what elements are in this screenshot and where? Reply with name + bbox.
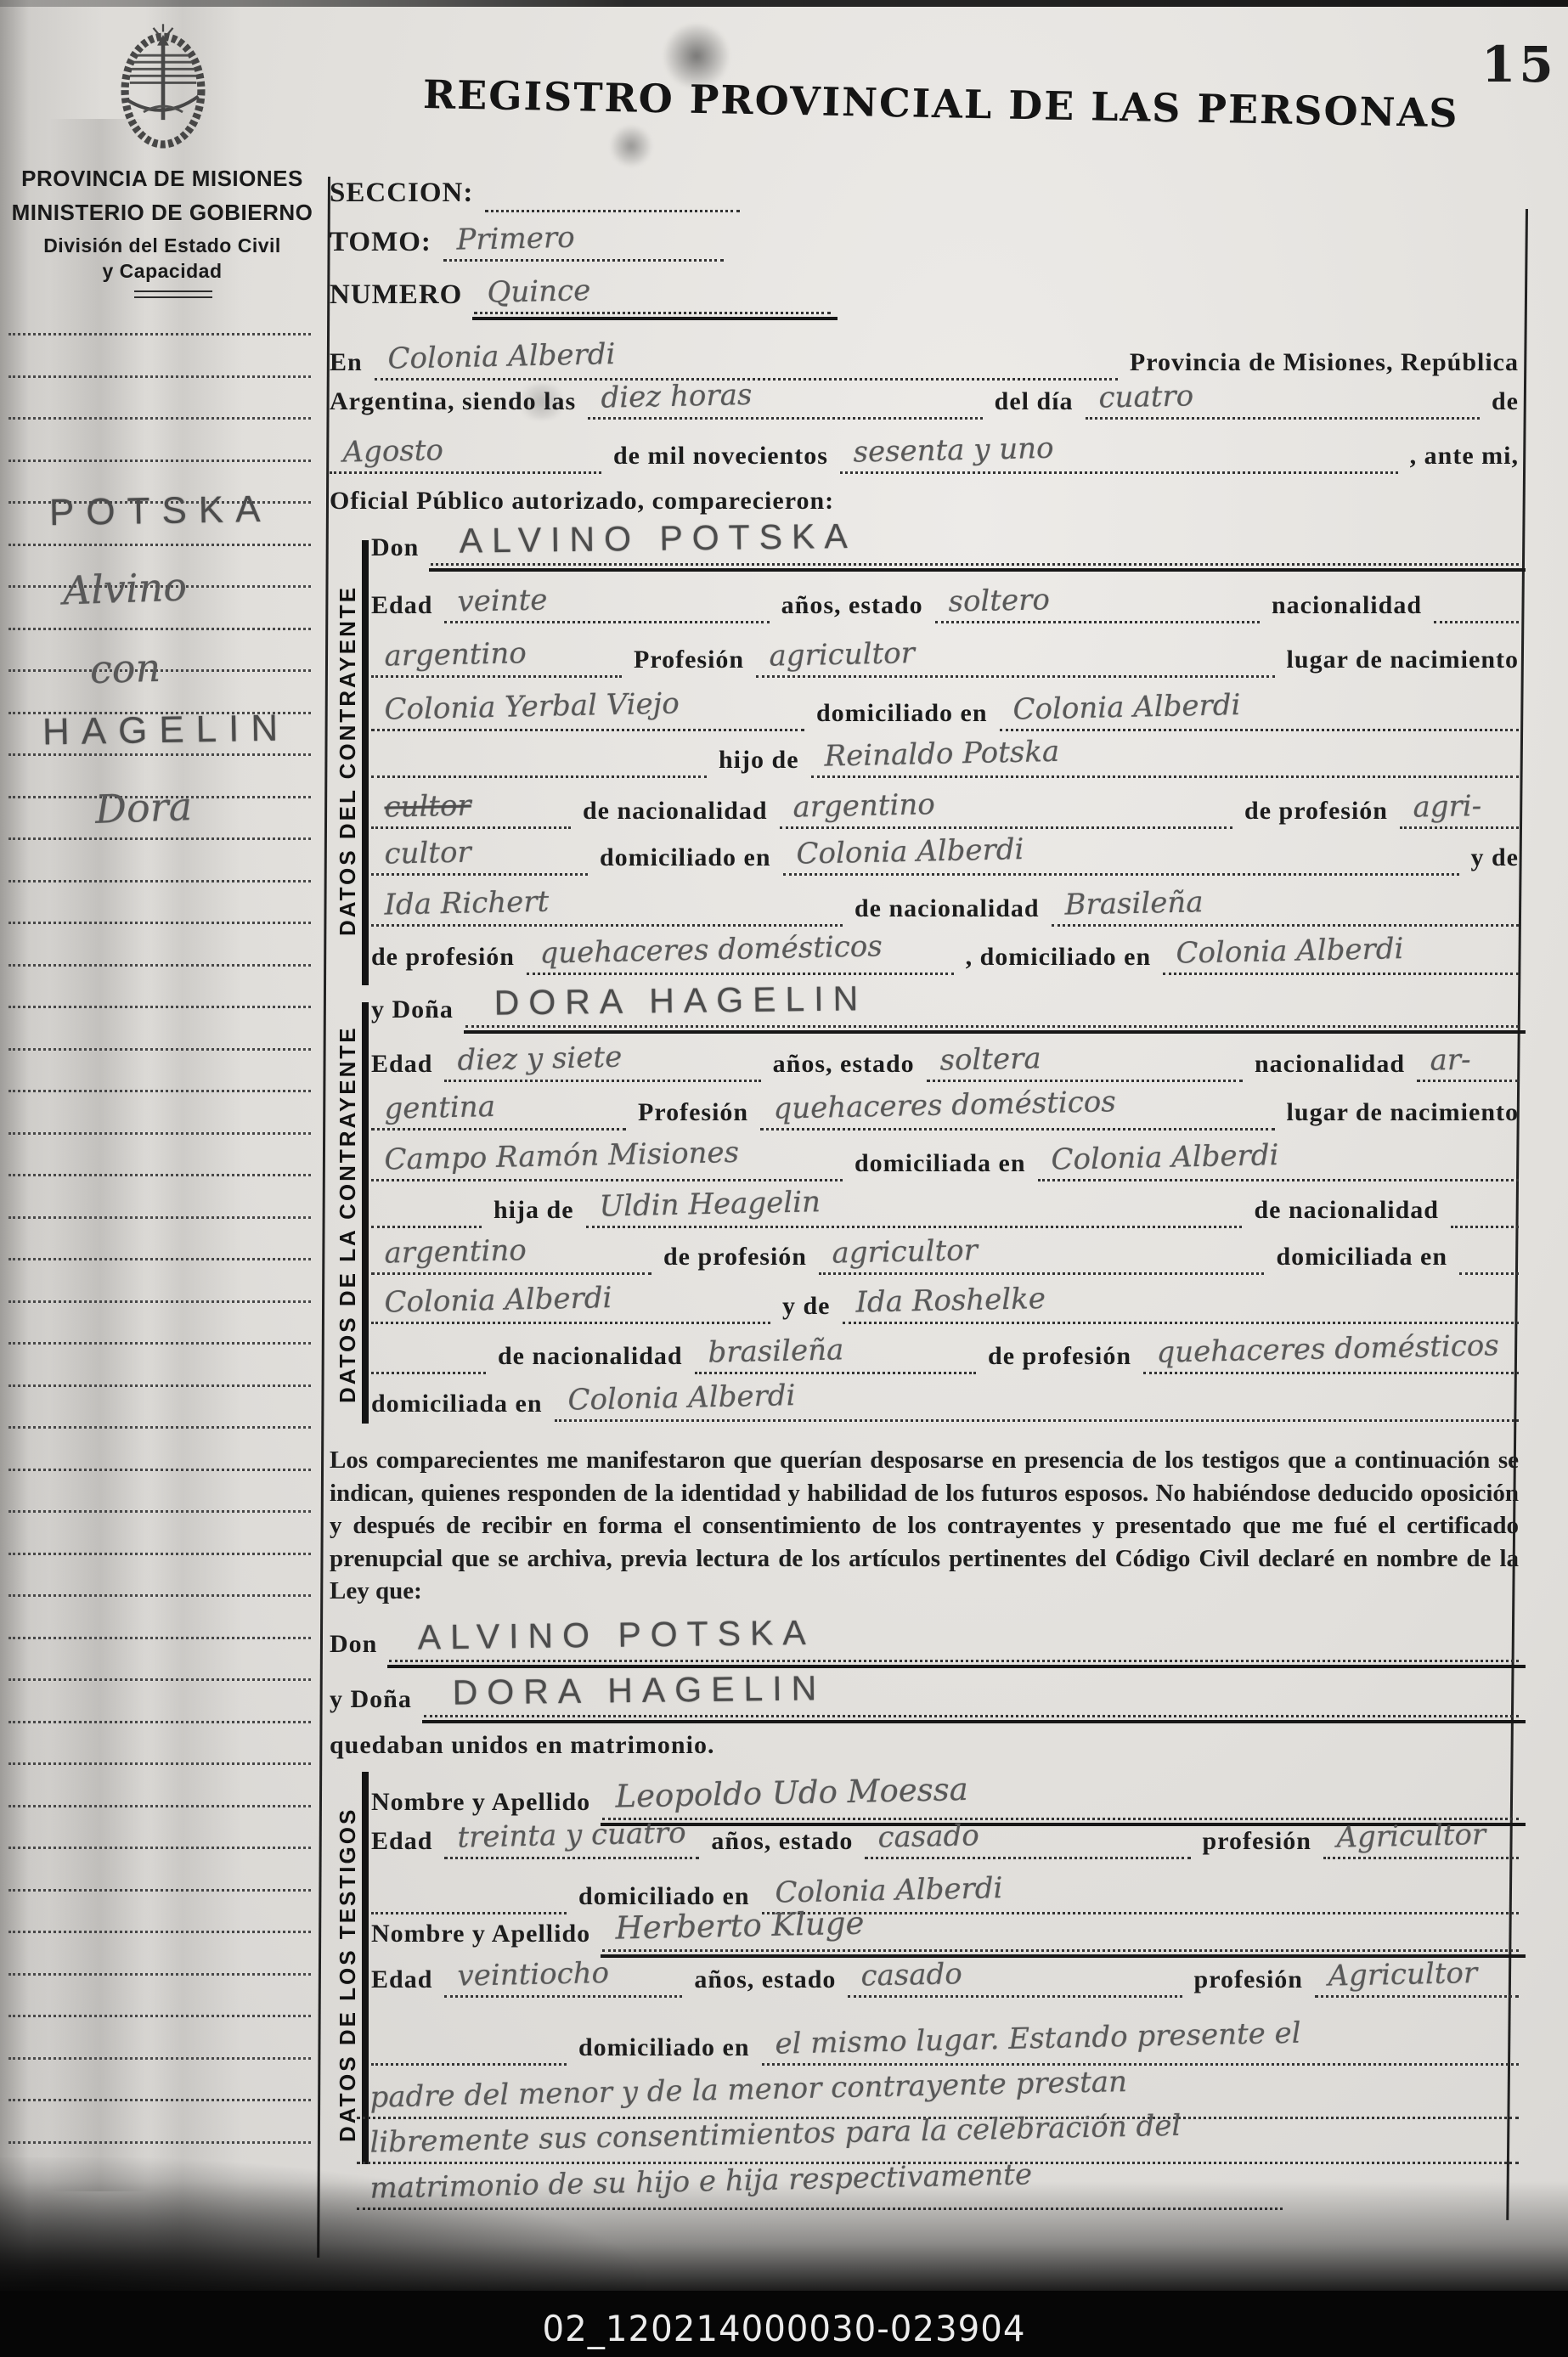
y-dona-label: y Doña [371,997,454,1028]
domiciliado-label: domiciliado en [816,701,988,731]
profesion-label: profesión [1194,1967,1303,1998]
mother-domicilio-field: Colonia Alberdi [1163,939,1519,975]
witness2-profesion-field: Agricultor [1315,1961,1519,1998]
day-field: cuatro [1086,383,1480,420]
groom-domicilio-value: Colonia Alberdi [999,689,1249,729]
y-de-label: y de [782,1294,831,1324]
declaration-bride-field: DORA HAGELIN [424,1676,1519,1717]
father-profesion-field-2: cultor [371,839,588,876]
witness2-name-field: Herberto Kluge [602,1912,1519,1952]
form-line-groom-age: Edad veinte años, estado soltero naciona… [371,584,1519,623]
page-number: 15 [1481,36,1557,93]
bride-lugar-value: Campo Ramón Misiones [370,1136,747,1179]
bride-edad-value: diez y siete [444,1041,632,1080]
domiciliado-label: domiciliado en [578,2035,750,2066]
provincia-text: Provincia de Misiones, República [1130,350,1519,381]
form-left-rule [317,177,330,2258]
form-line-witness2-age: Edad veintiocho años, estado casado prof… [371,1959,1519,1998]
place-value: Colonia Alberdi [374,338,624,378]
margin-ruled-line [8,417,311,420]
declaration-bride-value: DORA HAGELIN [423,1671,834,1715]
groom-father-value: Reinaldo Potska [810,736,1068,775]
de-nacionalidad-label: de nacionalidad [855,896,1040,927]
y-dona-label: y Doña [330,1687,412,1717]
witness1-estado-field: casado [865,1823,1190,1859]
margin-ruled-line [8,1006,311,1008]
form-line-year: Agosto de mil novecientos sesenta y uno … [330,435,1519,474]
margin-ruled-line [8,837,311,840]
lugar-label: lugar de nacimiento [1287,647,1519,678]
bride-mother-nacionalidad-field: brasileña [695,1338,976,1374]
bride-profesion-value: quehaceres domésticos [759,1086,1125,1128]
mother-profesion-value: quehaceres domésticos [526,931,891,973]
empty-leader [371,2063,567,2066]
margin-ruled-line [8,922,311,924]
bride-mother-profesion-value: quehaceres domésticos [1142,1330,1508,1372]
margin-ruled-line [8,333,311,336]
page-title: REGISTRO PROVINCIAL DE LAS PERSONAS [423,71,1422,136]
witness1-name-field: Leopoldo Udo Moessa [602,1780,1519,1820]
margin-ruled-line [8,1678,311,1681]
father-profesion-value-1: agri- [1399,790,1490,826]
form-line-declaration-bride: y Doña DORA HAGELIN [330,1672,1519,1717]
edad-label: Edad [371,1052,432,1082]
mother-profesion-field: quehaceres domésticos [527,939,954,975]
margin-ruled-line [8,1090,311,1092]
bride-section-label: DATOS DE LA CONTRAYENTE [335,1019,362,1410]
margin-ruled-line [8,1510,311,1513]
father-domicilio-value: Colonia Alberdi [782,833,1033,873]
empty-leader [371,1226,482,1228]
bride-nacionalidad-value-1: ar- [1416,1044,1480,1080]
form-line-groom-mother: Ida Richert de nacionalidad Brasileña [371,888,1519,927]
anos-estado-label: años, estado [694,1967,836,1998]
hijo-de-label: hijo de [719,747,799,778]
groom-name-value: ALVINO POTSKA [431,519,866,563]
empty-leader [1434,621,1519,623]
groom-lugar-value: Colonia Yerbal Viejo [370,688,688,729]
witness2-estado-field: casado [848,1961,1182,1998]
groom-mother-value: Ida Richert [370,886,558,924]
witness1-edad-field: treinta y cuatro [444,1823,699,1859]
empty-leader [371,1372,486,1374]
margin-ruled-line [8,2099,311,2101]
margin-note-groom-surname: POTSKA [49,491,273,533]
form-line-father-nationality: cultor de nacionalidad argentino de prof… [371,790,1519,829]
bride-name-field: DORA HAGELIN [465,986,1519,1028]
witness1-profesion-value: Agricultor [1323,1818,1494,1857]
bride-profesion-field: quehaceres domésticos [760,1094,1274,1131]
witness1-profesion-field: Agricultor [1323,1823,1519,1859]
margin-ruled-line [8,1174,311,1176]
hour-value: diez horas [587,379,761,417]
de-nacionalidad-label: de nacionalidad [1254,1198,1439,1228]
domiciliada-label: domiciliada en [371,1391,543,1422]
witness1-name-value: Leopoldo Udo Moessa [601,1773,977,1818]
bride-mother-nacionalidad-value: brasileña [694,1334,853,1372]
bride-mother-field: Ida Roshelke [843,1288,1520,1324]
bride-domicilio-value: Colonia Alberdi [1037,1139,1288,1179]
witness2-domicilio-field: el mismo lugar. Estando presente el [762,2029,1519,2066]
empty-leader [1451,1226,1519,1228]
nacionalidad-label: nacionalidad [1255,1052,1405,1082]
de-profesion-label: de profesión [1244,798,1388,829]
form-line-bride-age: Edad diez y siete años, estado soltera n… [371,1043,1519,1082]
groom-nacionalidad-field: argentino [371,641,622,678]
declaration-groom-value: ALVINO POTSKA [389,1616,825,1660]
margin-ruled-line [8,964,311,967]
form-line-groom-birthplace: Colonia Yerbal Viejo domiciliado en Colo… [371,692,1519,731]
bride-father-field: Uldin Heagelin [586,1192,1243,1228]
bride-mother-domicilio-field: Colonia Alberdi [555,1385,1519,1422]
margin-ruled-line [8,753,311,756]
form-line-datetime: Argentina, siendo las diez horas del día… [330,381,1519,420]
form-line-seccion: SECCION: [330,173,1519,212]
groom-section-label: DATOS DEL CONTRAYENTE [335,578,362,943]
groom-name-field: ALVINO POTSKA [431,524,1519,566]
margin-ruled-line [8,460,311,462]
witness1-estado-value: casado [865,1820,989,1857]
margin-ruled-line [8,1258,311,1260]
form-line-witness1-age: Edad treinta y cuatro años, estado casad… [371,1820,1519,1859]
bride-estado-field: soltera [927,1046,1243,1082]
father-profesion-field-1: agri- [1400,792,1519,829]
empty-leader [371,775,707,778]
form-line-union: quedaban unidos en matrimonio. [330,1724,1519,1763]
form-line-groom-profession: argentino Profesión agricultor lugar de … [371,639,1519,678]
profesion-label: profesión [1203,1829,1311,1859]
form-line-declaration-groom: Don ALVINO POTSKA [330,1616,1519,1662]
tomo-label: TOMO: [330,228,431,262]
seccion-value [485,202,507,206]
groom-profesion-value: agricultor [755,637,923,675]
scan-top-edge [0,0,1568,7]
bride-name-value: DORA HAGELIN [465,981,876,1025]
witness2-estado-value: casado [848,1959,972,1995]
seccion-label: SECCION: [330,179,473,212]
form-line-mother-profession: de profesión quehaceres domésticos , dom… [371,936,1519,975]
margin-ruled-line [8,544,311,546]
paper-fold-shadow [49,119,151,2191]
form-line-bride-father: hija de Uldin Heagelin de nacionalidad [371,1189,1519,1228]
groom-lugar-field: Colonia Yerbal Viejo [371,695,804,731]
bride-nacionalidad-value-2: gentina [370,1091,504,1128]
form-line-witness2-domicile: domiciliado en el mismo lugar. Estando p… [371,2027,1519,2066]
mother-nacionalidad-field: Brasileña [1052,890,1519,927]
hour-field: diez horas [588,383,982,420]
nacionalidad-label: nacionalidad [1272,593,1422,623]
margin-ruled-line [8,1721,311,1723]
de-nacionalidad-label: de nacionalidad [583,798,768,829]
margin-ruled-line [8,1762,311,1765]
month-field: Agosto [330,437,601,474]
bride-section-bar [362,1002,369,1424]
profesion-label: Profesión [634,647,744,678]
don-label: Don [330,1632,377,1662]
groom-profesion-field: agricultor [756,641,1274,678]
witness2-edad-field: veintiocho [444,1961,682,1998]
margin-ruled-line [8,1342,311,1345]
legal-declaration-paragraph: Los comparecientes me manifestaron que q… [330,1444,1519,1608]
groom-nacionalidad-value: argentino [370,638,535,675]
bride-lugar-field: Campo Ramón Misiones [371,1145,843,1181]
edad-label: Edad [371,1967,432,1998]
consent-line1-value: padre del menor y de la menor contrayent… [356,2066,1136,2117]
argentina-text: Argentina, siendo las [330,389,576,420]
bride-father-profesion-value: agricultor [818,1234,986,1272]
groom-father-field: Reinaldo Potska [811,741,1519,778]
bride-father-profesion-field: agricultor [819,1238,1265,1275]
anos-estado-label: años, estado [781,593,923,623]
margin-ruled-line [8,2057,311,2060]
form-line-bride-profession: gentina Profesión quehaceres domésticos … [371,1091,1519,1131]
bride-father-domicilio-value: Colonia Alberdi [370,1282,621,1322]
domiciliado-label: , domiciliado en [966,944,1152,975]
margin-ruled-line [8,1594,311,1597]
groom-estado-field: soltero [935,587,1260,623]
margin-ruled-line [8,628,311,630]
declaration-groom-field: ALVINO POTSKA [389,1621,1519,1662]
de-mil-label: de mil novecientos [613,443,828,474]
bride-mother-domicilio-value: Colonia Alberdi [554,1379,804,1419]
form-line-bride-father-profession: argentino de profesión agricultor domici… [371,1236,1519,1275]
margin-ruled-line [8,1553,311,1555]
org-division-line1: División del Estado Civil [0,234,328,257]
form-line-groom-father: hijo de Reinaldo Potska [371,739,1519,778]
de-profesion-label: de profesión [988,1344,1131,1374]
margin-ruled-line [8,2015,311,2017]
bride-estado-value: soltera [926,1043,1050,1080]
bride-nacionalidad-field-1: ar- [1417,1046,1519,1082]
de-label: de [1492,389,1519,420]
margin-ruled-line [8,1889,311,1892]
bride-nacionalidad-field-2: gentina [371,1094,626,1131]
mother-domicilio-value: Colonia Alberdi [1162,933,1413,973]
margin-ruled-line [8,1132,311,1135]
form-line-bride-mother-domicile: domiciliada en Colonia Alberdi [371,1383,1519,1422]
witness2-profesion-value: Agricultor [1314,1957,1486,1995]
day-value: cuatro [1085,381,1202,417]
margin-ruled-line [8,1805,311,1807]
edad-label: Edad [371,593,432,623]
form-line-numero: NUMERO Quince [330,275,1519,314]
hija-de-label: hija de [494,1198,574,1228]
form-line-bride-name: y Doña DORA HAGELIN [371,982,1519,1028]
groom-mother-field: Ida Richert [371,890,843,927]
nombre-apellido-label: Nombre y Apellido [371,1790,590,1820]
don-label: Don [371,535,419,566]
margin-ruled-line [8,1384,311,1387]
numero-field: Quince [474,278,831,314]
de-profesion-label: de profesión [371,944,515,975]
margin-note-connector: con [89,646,161,691]
margin-ruled-line [8,1048,311,1051]
org-ministry: MINISTERIO DE GOBIERNO [0,200,328,226]
scanned-marriage-certificate-page: REGISTRO PROVINCIAL DE LAS PERSONAS 15 P… [0,0,1568,2357]
anos-estado-label: años, estado [711,1829,853,1859]
place-field: Colonia Alberdi [375,344,1118,381]
year-field: sesenta y uno [840,437,1398,474]
margin-ruled-line [8,1847,311,1849]
org-division-line2: y Capacidad [0,260,328,282]
crossed-word-value: cultor [370,790,480,826]
margin-note-bride-surname: HAGELIN [42,709,290,751]
bride-father-nacionalidad-value: argentino [370,1235,535,1272]
numero-value: Quince [473,275,600,312]
lugar-label: lugar de nacimiento [1287,1100,1519,1131]
witness2-edad-value: veintiocho [444,1957,618,1995]
org-underline [134,290,212,298]
groom-edad-field: veinte [444,587,769,623]
de-profesion-label: de profesión [663,1244,807,1275]
form-line-tomo: TOMO: Primero [330,223,1519,262]
witness2-name-value: Herberto Kluge [601,1907,873,1949]
edad-label: Edad [371,1829,432,1859]
ante-mi-label: , ante mi, [1410,443,1519,474]
margin-ruled-line [8,1216,311,1219]
groom-section-bar [362,540,369,985]
form-line-witness1-name: Nombre y Apellido Leopoldo Udo Moessa [371,1774,1519,1820]
form-line-witness2-name: Nombre y Apellido Herberto Kluge [371,1909,1519,1952]
bride-father-domicilio-field: Colonia Alberdi [371,1288,770,1324]
coat-of-arms-icon [114,22,212,151]
witness2-domicilio-value: el mismo lugar. Estando presente el [761,2017,1310,2063]
margin-ruled-line [8,1973,311,1976]
groom-domicilio-field: Colonia Alberdi [1000,695,1519,731]
father-nacionalidad-field: argentino [780,792,1232,829]
margin-ruled-line [8,1426,311,1429]
margin-ruled-line [8,375,311,378]
father-domicilio-field: Colonia Alberdi [783,839,1459,876]
form-line-bride-mother: Colonia Alberdi y de Ida Roshelke [371,1285,1519,1324]
y-de-label: y de [1471,845,1520,876]
scan-corner-shadow [0,2157,646,2293]
margin-note-bride-firstname: Dora [94,785,193,832]
form-line-father-domicile: cultor domiciliado en Colonia Alberdi y … [371,837,1519,876]
margin-ruled-line [8,880,311,882]
tomo-field: Primero [443,225,724,262]
margin-ruled-line [8,1300,311,1303]
witness1-edad-value: treinta y cuatro [444,1817,696,1857]
bride-father-nacionalidad-field: argentino [371,1238,651,1275]
tomo-value: Primero [443,222,584,259]
form-line-groom-name: Don ALVINO POTSKA [371,520,1519,566]
bride-mother-profesion-field: quehaceres domésticos [1143,1338,1519,1374]
org-province: PROVINCIA DE MISIONES [0,166,328,192]
form-line-oficial: Oficial Público autorizado, compareciero… [330,480,1519,519]
groom-estado-value: soltero [934,584,1058,621]
crossed-word-field: cultor [371,792,571,829]
bride-edad-field: diez y siete [444,1046,760,1082]
nombre-apellido-label: Nombre y Apellido [371,1921,590,1952]
form-line-bride-mother-nationality: de nacionalidad brasileña de profesión q… [371,1335,1519,1374]
margin-ruled-line [8,1469,311,1471]
oficial-text: Oficial Público autorizado, compareciero… [330,488,834,519]
profesion-label: Profesión [638,1100,748,1131]
bride-mother-value: Ida Roshelke [842,1283,1054,1322]
numero-label: NUMERO [330,281,462,314]
ink-smudge [610,124,652,168]
form-line-bride-birthplace: Campo Ramón Misiones domiciliada en Colo… [371,1142,1519,1181]
de-nacionalidad-label: de nacionalidad [498,1344,683,1374]
seccion-field [485,195,740,212]
mother-nacionalidad-value: Brasileña [1051,887,1212,924]
scan-reference-code: 02_120214000030-023904 [31,2308,1537,2349]
domiciliada-label: domiciliada en [1276,1244,1447,1275]
father-nacionalidad-value: argentino [779,789,944,826]
groom-edad-value: veinte [444,584,557,621]
anos-estado-label: años, estado [773,1052,915,1082]
father-profesion-value-2: cultor [370,837,480,873]
year-value: sesenta y uno [839,432,1063,471]
del-dia-label: del día [995,389,1074,420]
margin-note-groom-firstname: Alvino [62,565,188,612]
en-label: En [330,350,363,381]
domiciliado-label: domiciliado en [600,845,771,876]
margin-ruled-line [8,1931,311,1933]
bride-domicilio-field: Colonia Alberdi [1038,1145,1519,1181]
form-line-place: En Colonia Alberdi Provincia de Misiones… [330,341,1519,381]
margin-ruled-line [8,1637,311,1639]
domiciliada-label: domiciliada en [855,1151,1026,1181]
bride-father-value: Uldin Heagelin [585,1187,829,1226]
month-value: Agosto [329,435,452,471]
empty-leader [1459,1272,1519,1275]
margin-ruled-line [8,2141,311,2144]
union-text: quedaban unidos en matrimonio. [330,1733,714,1763]
